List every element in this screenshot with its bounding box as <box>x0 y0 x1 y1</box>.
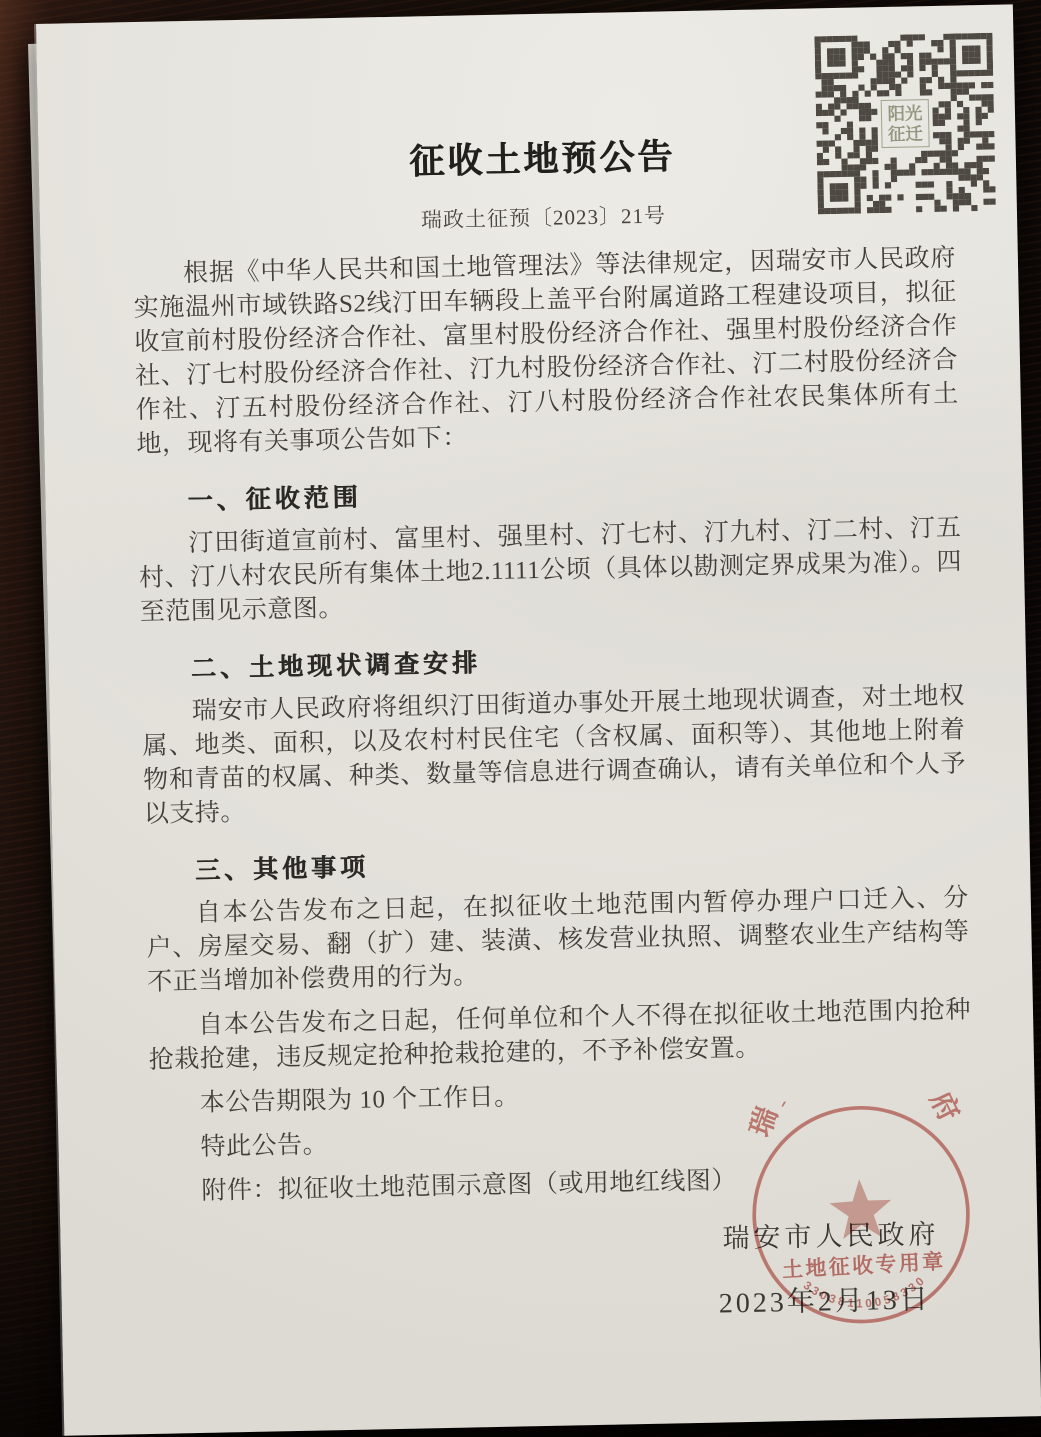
section-1-heading: 一、征收范围 <box>137 466 961 519</box>
section-3-para-1: 自本公告发布之日起，在拟征收土地范围内暂停办理户口迁入、分户、房屋交易、翻（扩）… <box>146 881 971 999</box>
hereby-announced-line: 特此公告。 <box>150 1115 974 1166</box>
qr-label-line-1: 阳光 <box>887 103 923 124</box>
document-page: 阳光 征迁 征收土地预公告 瑞政土征预〔2023〕21号 根据《中华人民共和国土… <box>36 4 1041 1435</box>
qr-code: 阳光 征迁 <box>814 33 996 215</box>
section-2-body: 瑞安市人民政府将组织汀田街道办事处开展土地现状调查，对土地权属、地类、面积，以及… <box>142 680 968 832</box>
signature-issuer: 瑞安市人民政府 <box>152 1211 976 1267</box>
section-1-body: 汀田街道宣前村、富里村、强里村、汀七村、汀九村、汀二村、汀五村、汀八村农民所有集… <box>138 512 963 630</box>
notice-period-line: 本公告期限为 10 个工作日。 <box>149 1071 973 1122</box>
intro-paragraph: 根据《中华人民共和国土地管理法》等法律规定，因瑞安市人民政府实施温州市域铁路S2… <box>133 242 960 462</box>
section-3-para-2: 自本公告发布之日起，任何单位和个人不得在拟征收土地范围内抢种抢栽抢建，违反规定抢… <box>148 993 972 1078</box>
signature-date: 2023年2月13日 <box>153 1276 977 1333</box>
qr-label-line-2: 征迁 <box>888 124 924 145</box>
attachment-line: 附件：拟征收土地范围示意图（或用地红线图） <box>151 1159 975 1210</box>
section-3-heading: 三、其他事项 <box>145 835 969 888</box>
section-2-heading: 二、土地现状调查安排 <box>141 634 965 687</box>
